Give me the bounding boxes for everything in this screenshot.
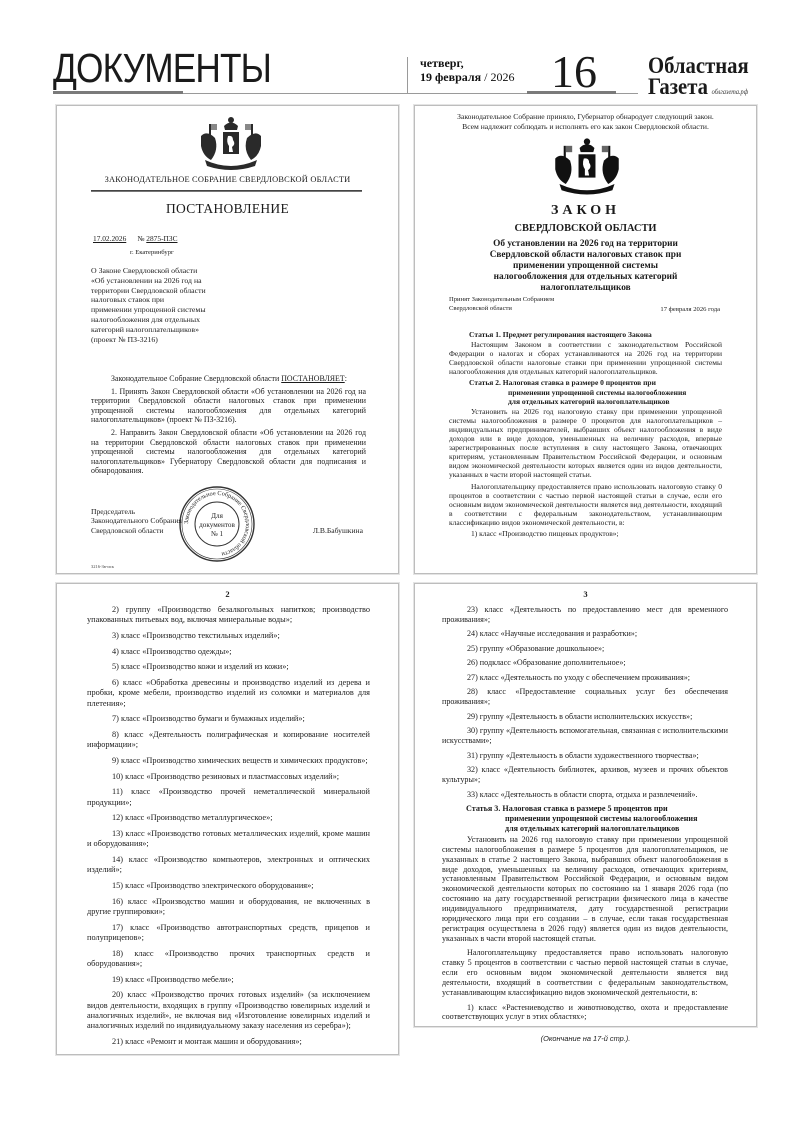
article-3-paragraph-2: Налогоплательщику предоставляется право …	[442, 948, 728, 998]
newspaper-logo: Областная Газетаоблгазета.рф	[648, 55, 749, 103]
list-item: 23) класс «Деятельность по предоставлени…	[442, 605, 728, 625]
law-document: Законодательное Собрание приняло, Губерн…	[414, 105, 757, 574]
list-item: 11) класс «Производство прочей неметалли…	[87, 787, 370, 808]
adoption-line-1: Принят Законодательным Собранием	[449, 296, 554, 305]
article-3-heading: Статья 3. Налоговая ставка в размере 5 п…	[466, 804, 728, 834]
list-item: 33) класс «Деятельность в области спорта…	[442, 790, 728, 800]
article-1-heading: Статья 1. Предмет регулирования настояще…	[469, 330, 722, 339]
logo-line-2: Газетаоблгазета.рф	[648, 76, 749, 103]
issue-day-month: 19 февраля	[420, 70, 481, 84]
preamble-verb: ПОСТАНОВЛЯЕТ	[281, 374, 345, 383]
law-heading: ЗАКОН	[415, 206, 756, 217]
organization-name: ЗАКОНОДАТЕЛЬНОЕ СОБРАНИЕ СВЕРДЛОВСКОЙ ОБ…	[57, 175, 398, 186]
article-2-heading-line-3: для отдельных категорий налогоплательщик…	[469, 397, 722, 406]
issue-weekday: четверг,	[420, 56, 464, 70]
list-item: 18) класс «Производство прочих транспорт…	[87, 949, 370, 970]
list-item: 2) группу «Производство безалкогольных н…	[87, 605, 370, 626]
list-item: 29) группу «Деятельность в области испол…	[442, 712, 728, 722]
resolution-item-2: 2. Направить Закон Свердловской области …	[91, 428, 366, 476]
list-item: 26) подкласс «Образование дополнительное…	[442, 658, 728, 668]
list-item: 32) класс «Деятельность библиотек, архив…	[442, 765, 728, 785]
article-3-heading-line-2: применении упрощенной системы налогообло…	[466, 814, 728, 824]
article-2-paragraph-2: Налогоплательщику предоставляется право …	[449, 482, 722, 527]
list-item: 30) группу «Деятельность вспомогательная…	[442, 726, 728, 746]
preamble-text: Законодательное Собрание Свердловской об…	[111, 374, 279, 383]
activity-list-page-2: 2) группу «Производство безалкогольных н…	[87, 605, 370, 1055]
list-item: 24) класс «Научные исследования и разраб…	[442, 629, 728, 639]
law-body-page-3: 23) класс «Деятельность по предоставлени…	[442, 605, 728, 1027]
activity-list-page-3: 23) класс «Деятельность по предоставлени…	[442, 605, 728, 800]
law-title: Об установлении на 2026 год на территори…	[475, 239, 696, 294]
article-2-item-1: 1) класс «Производство пищевых продуктов…	[449, 529, 722, 538]
issue-year: 2026	[490, 70, 514, 84]
law-body: Статья 1. Предмет регулирования настояще…	[449, 329, 722, 540]
page-3-number: 3	[415, 589, 756, 600]
article-3-paragraph-1: Установить на 2026 год налоговую ставку …	[442, 835, 728, 944]
list-item: 9) класс «Производство химических вещест…	[87, 756, 370, 766]
list-item: 25) группу «Образование дошкольное»;	[442, 644, 728, 654]
list-item: 16) класс «Производство машин и оборудов…	[87, 897, 370, 918]
adoption-date: 17 февраля 2026 года	[660, 305, 720, 316]
law-page-3: 3 23) класс «Деятельность по предоставле…	[414, 583, 757, 1027]
resolution-date: 17.02.2026	[93, 234, 126, 243]
list-item: 21) класс «Ремонт и монтаж машин и обору…	[87, 1037, 370, 1047]
article-2-heading: Статья 2. Налоговая ставка в размере 0 п…	[469, 378, 722, 405]
list-item: 5) класс «Производство кожи и изделий из…	[87, 662, 370, 672]
signer-title: Председатель Законодательного Собрания С…	[91, 507, 182, 535]
number-label: №	[137, 234, 144, 243]
list-item: 14) класс «Производство компьютеров, эле…	[87, 855, 370, 876]
resolution-city: г. Екатеринбург	[130, 248, 174, 259]
resolution-number: 2875-ПЗС	[146, 234, 177, 243]
page-number: 16	[551, 49, 597, 95]
signer-name: Л.В.Бабушкина	[313, 526, 363, 537]
law-proclamation: Законодательное Собрание приняло, Губерн…	[415, 112, 756, 132]
law-page-2: 2 2) группу «Производство безалкогольных…	[56, 583, 399, 1055]
list-item: 13) класс «Производство готовых металлич…	[87, 829, 370, 850]
article-2-heading-line-1: Статья 2. Налоговая ставка в размере 0 п…	[469, 378, 656, 387]
header-divider	[407, 57, 408, 93]
list-item: 20) класс «Производство прочих готовых и…	[87, 990, 370, 1031]
list-item: 19) класс «Производство мебели»;	[87, 975, 370, 985]
adoption-line-2: Свердловской области	[449, 305, 554, 314]
section-title: ДОКУМЕНТЫ	[53, 48, 271, 89]
page-2-number: 2	[57, 589, 398, 600]
law-adoption: Принят Законодательным Собранием Свердло…	[449, 296, 554, 313]
newspaper-header: ДОКУМЕНТЫ четверг, 19 февраля / 2026 16 …	[0, 0, 800, 100]
list-item: 15) класс «Производство электрического о…	[87, 881, 370, 891]
proclamation-line-1: Законодательное Собрание приняло, Губерн…	[415, 112, 756, 122]
list-item: 22) группу «Утилизация отсортированных м…	[87, 1053, 370, 1055]
resolution-document: ЗАКОНОДАТЕЛЬНОЕ СОБРАНИЕ СВЕРДЛОВСКОЙ ОБ…	[56, 105, 399, 574]
article-1-text: Настоящим Законом в соответствии с закон…	[449, 340, 722, 376]
law-region: СВЕРДЛОВСКОЙ ОБЛАСТИ	[415, 224, 756, 235]
resolution-body: Законодательное Собрание Свердловской об…	[91, 374, 366, 479]
article-2-paragraph-1: Установить на 2026 год налоговую ставку …	[449, 407, 722, 480]
continuation-note: (Окончание на 17-й стр.).	[414, 1034, 757, 1043]
article-3-heading-line-3: для отдельных категорий налогоплательщик…	[466, 824, 728, 834]
list-item: 12) класс «Производство металлургическое…	[87, 813, 370, 823]
list-item: 8) класс «Деятельность полиграфическая и…	[87, 730, 370, 751]
resolution-item-1: 1. Принять Закон Свердловской области «О…	[91, 387, 366, 425]
article-2-heading-line-2: применении упрощенной системы налогообло…	[469, 388, 722, 397]
svg-text:документов: документов	[199, 521, 235, 529]
page-number-underline	[527, 91, 616, 94]
resolution-subject: О Законе Свердловской области «Об устано…	[91, 266, 206, 344]
logo-line-1: Областная	[648, 55, 749, 76]
signer-title-line-3: Свердловской области	[91, 526, 182, 535]
article-3-heading-line-1: Статья 3. Налоговая ставка в размере 5 п…	[466, 804, 668, 813]
document-type: ПОСТАНОВЛЕНИЕ	[57, 204, 398, 215]
list-item: 10) класс «Производство резиновых и плас…	[87, 772, 370, 782]
list-item: 28) класс «Предоставление социальных усл…	[442, 687, 728, 707]
organization-divider	[91, 190, 362, 192]
preamble-colon: :	[345, 374, 347, 383]
document-code: 3216-Зв-иск	[91, 562, 114, 573]
list-item: 17) класс «Производство автотранспортных…	[87, 923, 370, 944]
official-seal-icon: Законодательное Собрание Свердловской об…	[177, 484, 257, 564]
list-item: 7) класс «Производство бумаги и бумажных…	[87, 714, 370, 724]
logo-site: облгазета.рф	[712, 88, 749, 96]
svg-text:Для: Для	[211, 512, 223, 520]
resolution-preamble: Законодательное Собрание Свердловской об…	[91, 374, 366, 384]
coat-of-arms-icon	[551, 136, 623, 198]
list-item: 6) класс «Обработка древесины и производ…	[87, 678, 370, 709]
article-3-item-1: 1) класс «Растениеводство и животноводст…	[442, 1003, 728, 1023]
signer-title-line-1: Председатель	[91, 507, 182, 516]
logo-word-gazeta: Газета	[648, 74, 708, 99]
list-item: 3) класс «Производство текстильных издел…	[87, 631, 370, 641]
issue-date: 19 февраля / 2026	[420, 70, 514, 84]
section-title-underline	[53, 91, 183, 94]
list-item: 4) класс «Производство одежды»;	[87, 647, 370, 657]
coat-of-arms-icon	[197, 116, 265, 172]
list-item: 27) класс «Деятельность по уходу с обесп…	[442, 673, 728, 683]
list-item: 31) группу «Деятельность в области худож…	[442, 751, 728, 761]
svg-text:№ 1: № 1	[211, 530, 224, 538]
signer-title-line-2: Законодательного Собрания	[91, 516, 182, 525]
resolution-meta: 17.02.2026 № 2875-ПЗС	[93, 234, 178, 245]
proclamation-line-2: Всем надлежит соблюдать и исполнять его …	[415, 122, 756, 132]
